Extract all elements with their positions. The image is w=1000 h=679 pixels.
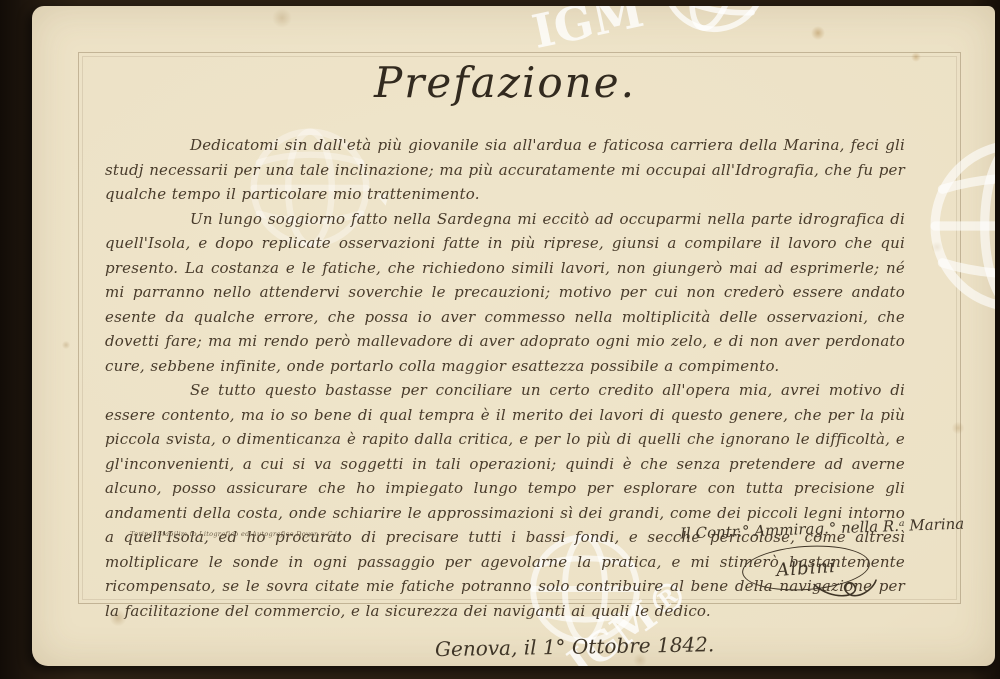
printer-imprint: Torino. Stabilim.to Litografico ed Autog… [130,530,341,538]
igm-watermark-right [924,134,995,318]
watermark-label: IGM [528,6,649,59]
signature-flourish [810,572,882,603]
document-page: IGM [32,6,995,666]
globe-icon [646,6,782,48]
preface-paragraph-1: Dedicatomi sin dall'età più giovanile si… [105,133,905,207]
dateline: Genova, il 1° Ottobre 1842. [435,629,905,661]
signature-block: Il Contr.° Ammirag.° nella R.ᵃ Marina Al… [680,520,940,590]
scanned-document: IGM [0,0,1000,679]
igm-watermark-top: IGM [532,6,770,48]
globe-icon [924,134,995,318]
signature-title: Il Contr.° Ammirag.° nella R.ᵃ Marina [680,515,940,542]
preface-paragraph-2: Un lungo soggiorno fatto nella Sardegna … [105,207,905,379]
signature-oval: Albini [741,542,872,595]
page-title: Prefazione. [105,58,905,107]
